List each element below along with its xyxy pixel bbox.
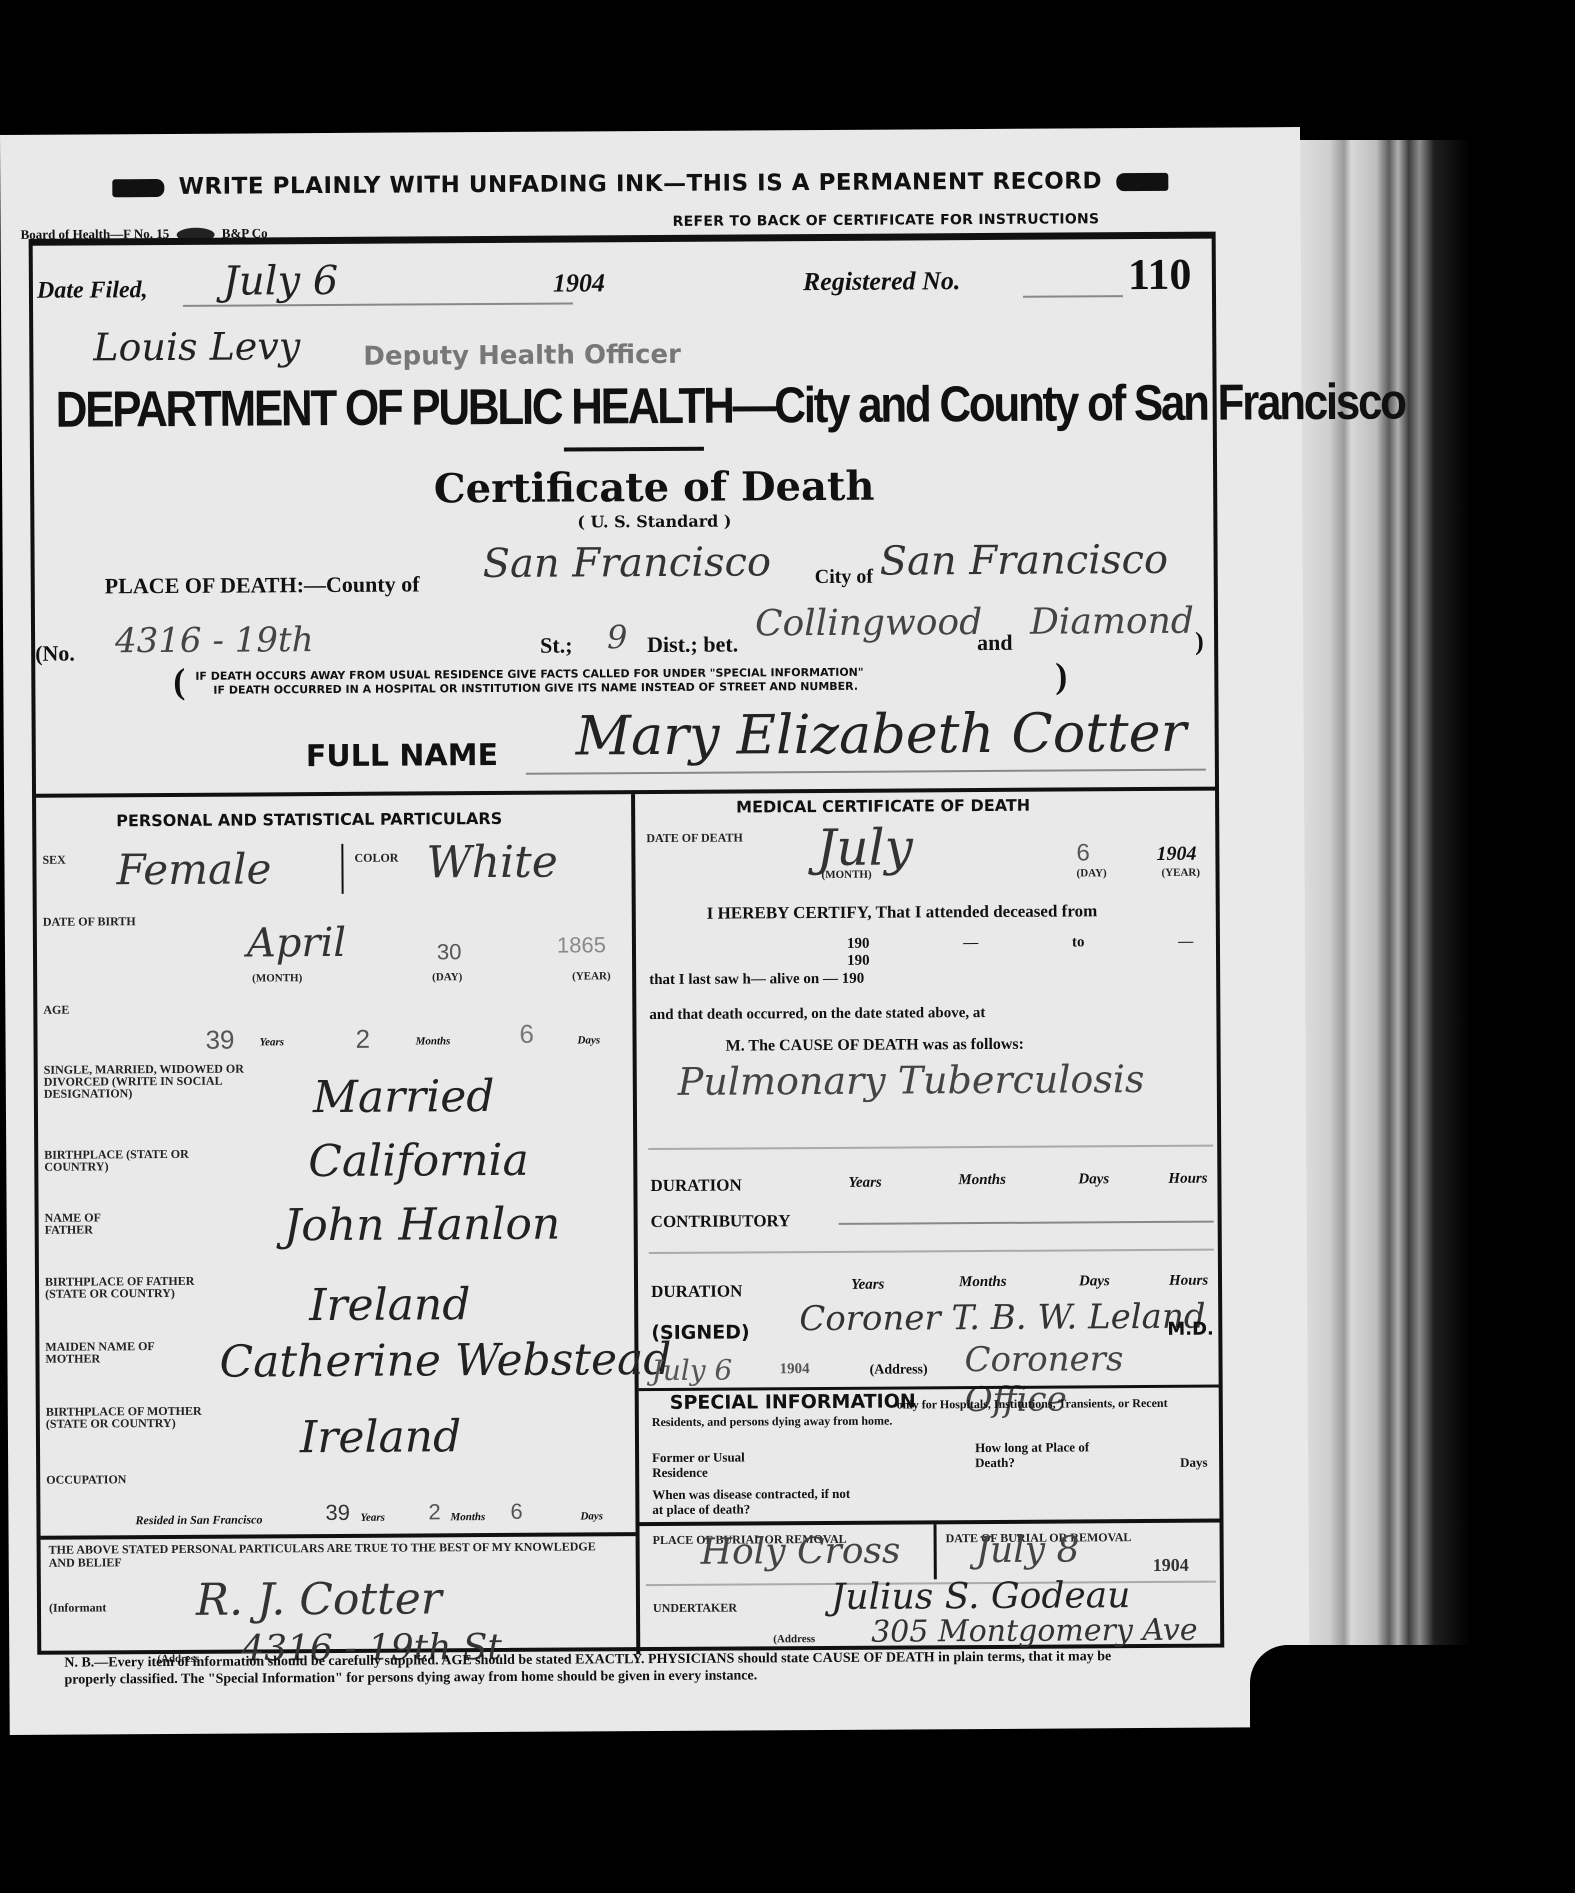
mother-birthplace-label: BIRTHPLACE OF MOTHER (State or Country) [46, 1405, 206, 1430]
cause-label: M. The CAUSE OF DEATH was as follows: [726, 1036, 1024, 1056]
resided-years: 39 [325, 1500, 350, 1526]
district-value: 9 [607, 618, 628, 656]
how-long-unit: Days [1180, 1455, 1208, 1471]
officer-title: Deputy Health Officer [363, 340, 681, 372]
signed-value: Coroner T. B. W. Leland [799, 1297, 1206, 1339]
burial-date-value: July 8 [976, 1529, 1080, 1571]
dod-year: 1904 [1156, 843, 1196, 866]
street-number-label: (No. [35, 641, 75, 667]
informant-statement: THE ABOVE STATED PERSONAL PARTICULARS AR… [49, 1540, 619, 1569]
dob-label: DATE OF BIRTH [43, 915, 136, 928]
father-birthplace-value: Ireland [309, 1279, 471, 1331]
book-page-edges [1290, 140, 1470, 1660]
city-value: San Francisco [879, 537, 1168, 585]
city-label: City of [815, 566, 873, 589]
special-heading-note: only for Hospitals, Institutions, Transi… [652, 1395, 1212, 1430]
contracted-label: When was disease contracted, if not at p… [652, 1486, 852, 1517]
certificate-subtitle: ( U. S. Standard ) [404, 510, 904, 532]
marital-label: SINGLE, MARRIED, WIDOWED OR DIVORCED (Wr… [44, 1062, 254, 1099]
and-label: and [977, 630, 1013, 656]
refer-note: REFER TO BACK OF CERTIFICATE FOR INSTRUC… [672, 211, 1099, 230]
informant-label: (Informant [49, 1601, 106, 1613]
certificate-title: Certificate of Death [404, 462, 904, 512]
place-of-death-label: PLACE OF DEATH:—County of [105, 571, 420, 599]
pointing-hand-icon [112, 178, 164, 196]
undertaker-address: 305 Montgomery Ave [871, 1613, 1198, 1650]
color-value: White [426, 837, 558, 889]
county-value: San Francisco [482, 539, 771, 587]
between-street-2: Diamond [1030, 601, 1194, 643]
burial-year: 1904 [1153, 1555, 1189, 1576]
age-months: 2 [355, 1024, 370, 1055]
mother-value: Catherine Webstead [219, 1334, 671, 1388]
death-occurred-line: and that death occurred, on the date sta… [649, 1005, 985, 1024]
color-label: COLOR [354, 852, 398, 864]
signed-label: (SIGNED) [651, 1321, 750, 1344]
medical-heading: MEDICAL CERTIFICATE OF DEATH [736, 796, 1030, 817]
mother-birthplace-value: Ireland [300, 1411, 462, 1463]
occupation-label: OCCUPATION [46, 1473, 126, 1485]
st-label: St.; [540, 633, 573, 659]
dob-year: 1865 [557, 932, 606, 958]
place-note: IF DEATH OCCURS AWAY FROM USUAL RESIDENC… [195, 666, 863, 698]
undertaker-address-label: (Address [773, 1633, 815, 1645]
informant-name: R. J. Cotter [196, 1573, 442, 1626]
footnote: N. B.—Every item of information should b… [64, 1648, 1134, 1689]
department-heading: DEPARTMENT OF PUBLIC HEALTH—City and Cou… [56, 374, 1405, 440]
personal-heading: PERSONAL AND STATISTICAL PARTICULARS [116, 809, 502, 830]
dist-label: Dist.; bet. [647, 632, 738, 659]
sex-value: Female [116, 844, 271, 894]
cause-value: Pulmonary Tuberculosis [678, 1057, 1145, 1104]
undertaker-value: Julius S. Godeau [831, 1575, 1131, 1618]
resided-months: 2 [428, 1499, 440, 1525]
full-name-label: FULL NAME [306, 738, 498, 774]
father-value: John Hanlon [284, 1199, 561, 1252]
registered-number: 110 [1128, 249, 1192, 300]
certificate-frame: Date Filed, July 6 1904 Registered No. 1… [29, 232, 1225, 1655]
dob-day: 30 [437, 939, 462, 965]
dod-label: DATE OF DEATH [646, 831, 743, 844]
full-name-value: Mary Elizabeth Cotter [575, 701, 1186, 768]
contributory-label: CONTRIBUTORY [651, 1211, 791, 1232]
attend-line: 190 — to — 190 [847, 934, 1216, 970]
duration-label-2: DURATION [651, 1281, 742, 1302]
street-number-value: 4316 - 19th [115, 620, 314, 661]
pointing-hand-icon [1117, 172, 1169, 190]
dod-day: 6 [1076, 839, 1090, 867]
last-saw-line: that I last saw h— alive on — 190 [649, 971, 864, 989]
mother-label: MAIDEN NAME OF MOTHER [45, 1340, 195, 1365]
father-birthplace-label: BIRTHPLACE OF FATHER (State or Country) [45, 1275, 205, 1300]
thumb-shadow [1250, 1645, 1510, 1755]
date-filed-label: Date Filed, [37, 277, 148, 305]
permanent-record-banner: WRITE PLAINLY WITH UNFADING INK—THIS IS … [75, 168, 1205, 201]
between-street-1: Collingwood [755, 602, 982, 644]
death-certificate-page: WRITE PLAINLY WITH UNFADING INK—THIS IS … [0, 127, 1310, 1735]
registered-label: Registered No. [803, 266, 961, 297]
signed-year: 1904 [780, 1361, 810, 1378]
age-label: AGE [43, 1004, 69, 1016]
how-long-label: How long at Place of Death? [975, 1439, 1095, 1470]
marital-value: Married [313, 1071, 495, 1123]
officer-signature: Louis Levy [93, 324, 300, 369]
md-label: M.D. [1167, 1319, 1214, 1340]
burial-place-value: Holy Cross [701, 1531, 901, 1573]
former-residence-label: Former or Usual Residence [652, 1449, 762, 1480]
father-label: NAME OF FATHER [45, 1211, 145, 1236]
undertaker-label: UNDERTAKER [653, 1602, 737, 1615]
birthplace-label: BIRTHPLACE (State or Country) [44, 1148, 204, 1173]
age-years: 39 [205, 1025, 234, 1056]
duration-label: DURATION [650, 1175, 741, 1196]
age-days: 6 [519, 1019, 534, 1050]
date-filed-value: July 6 [223, 258, 339, 305]
birthplace-value: California [308, 1135, 529, 1187]
sex-label: SEX [42, 854, 65, 866]
certify-text: I HEREBY CERTIFY, That I attended deceas… [707, 901, 1098, 923]
date-filed-year: 1904 [553, 268, 605, 298]
medical-address-label: (Address) [870, 1362, 928, 1378]
dob-month: April [247, 920, 346, 967]
resided-label: Resided in San Francisco [135, 1512, 262, 1528]
signed-date: July 6 [651, 1354, 732, 1387]
resided-days: 6 [510, 1499, 522, 1525]
